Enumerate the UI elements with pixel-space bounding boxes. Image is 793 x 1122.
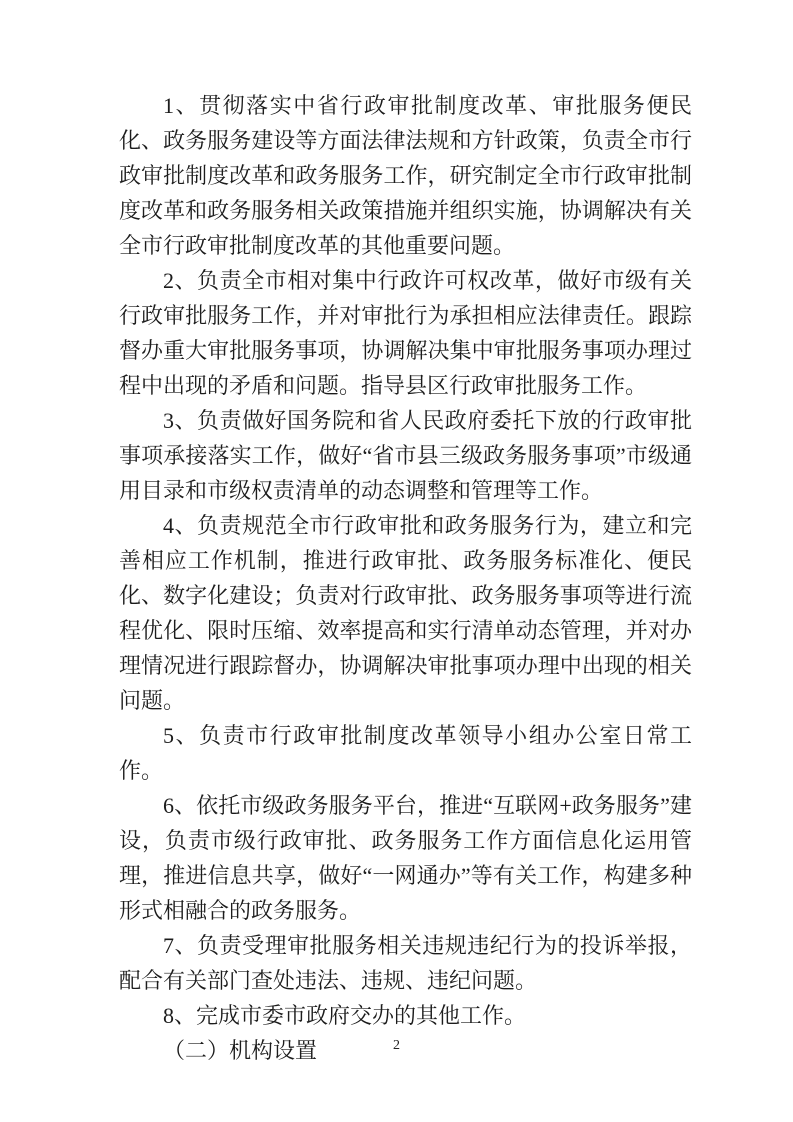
- document-page: 1、贯彻落实中省行政审批制度改革、审批服务便民化、政务服务建设等方面法律法规和方…: [0, 0, 793, 1122]
- paragraph-duty-3: 3、负责做好国务院和省人民政府委托下放的行政审批事项承接落实工作，做好“省市县三…: [119, 403, 692, 508]
- paragraph-duty-8: 8、完成市委市政府交办的其他工作。: [119, 998, 692, 1033]
- content-area: 1、贯彻落实中省行政审批制度改革、审批服务便民化、政务服务建设等方面法律法规和方…: [119, 88, 692, 1068]
- paragraph-duty-5: 5、负责市行政审批制度改革领导小组办公室日常工作。: [119, 718, 692, 788]
- paragraph-duty-4: 4、负责规范全市行政审批和政务服务行为，建立和完善相应工作机制，推进行政审批、政…: [119, 508, 692, 718]
- page-number: 2: [0, 1038, 793, 1054]
- paragraph-duty-7: 7、负责受理审批服务相关违规违纪行为的投诉举报，配合有关部门查处违法、违规、违纪…: [119, 928, 692, 998]
- paragraph-duty-1: 1、贯彻落实中省行政审批制度改革、审批服务便民化、政务服务建设等方面法律法规和方…: [119, 88, 692, 263]
- paragraph-duty-6: 6、依托市级政务服务平台，推进“互联网+政务服务”建设，负责市级行政审批、政务服…: [119, 788, 692, 928]
- paragraph-duty-2: 2、负责全市相对集中行政许可权改革，做好市级有关行政审批服务工作，并对审批行为承…: [119, 263, 692, 403]
